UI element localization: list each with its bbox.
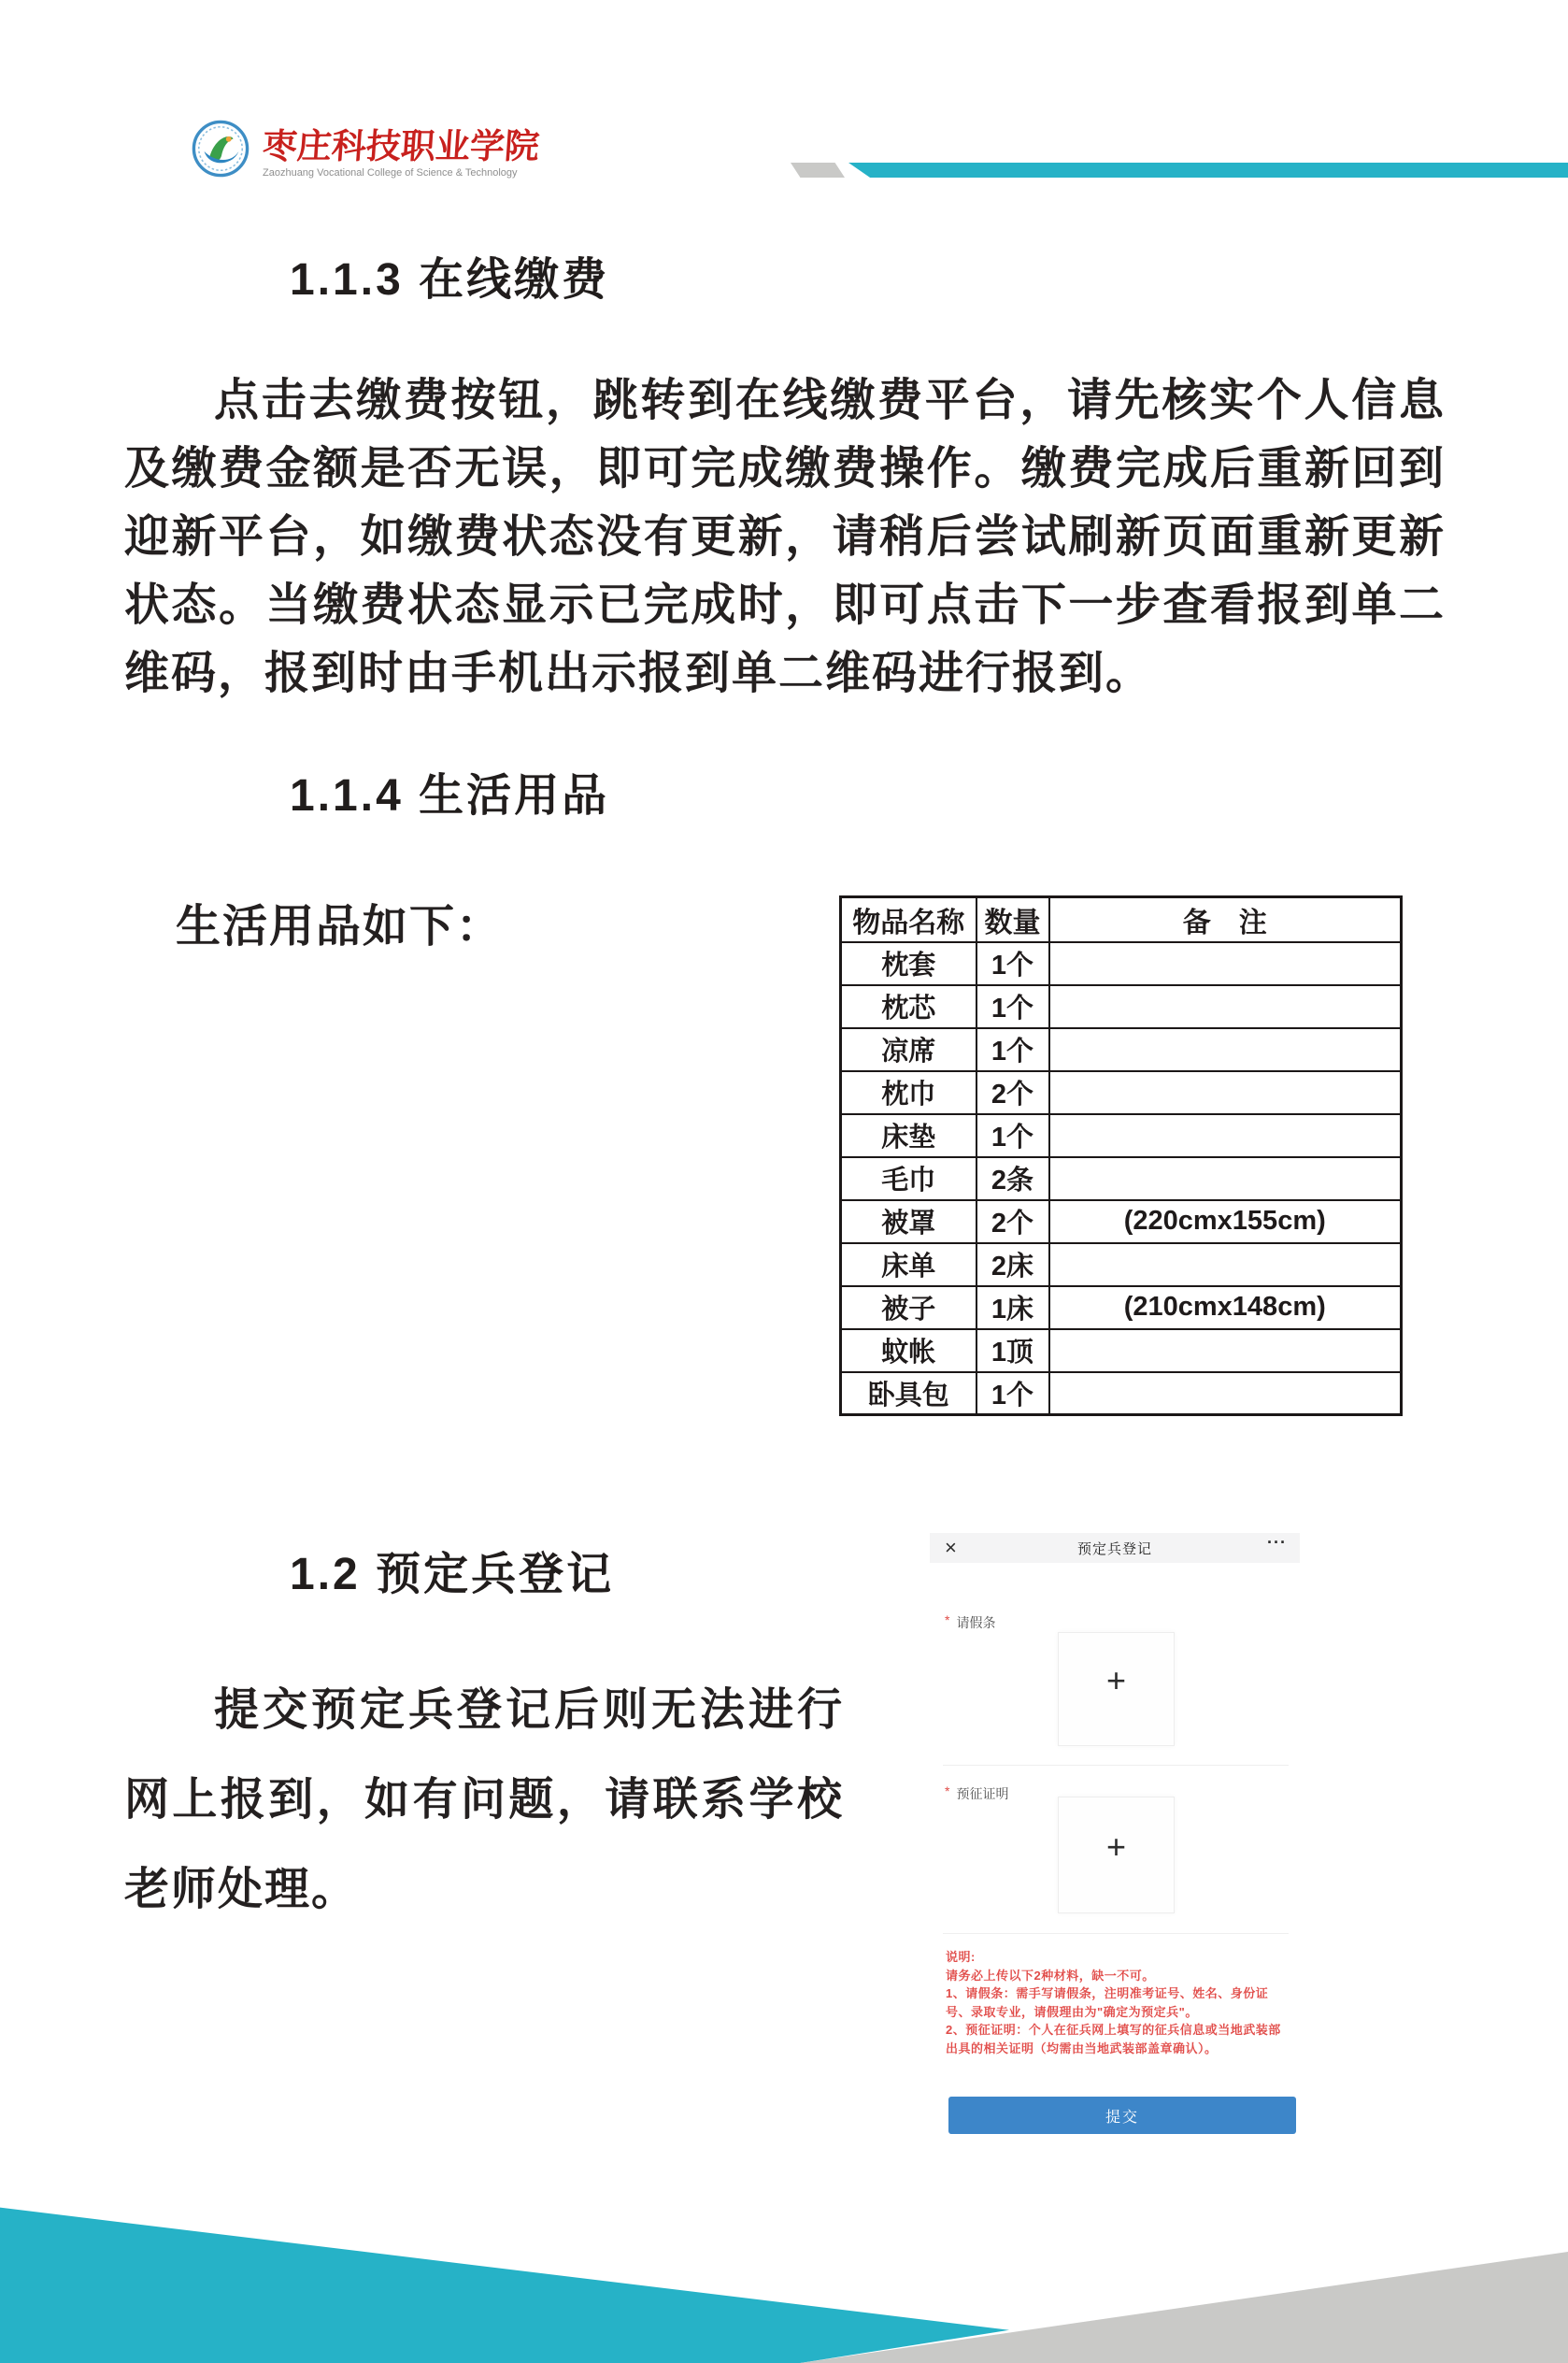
- submit-button[interactable]: 提交: [948, 2097, 1296, 2134]
- item-remark: [1049, 1243, 1402, 1286]
- more-options-icon[interactable]: ···: [1267, 1533, 1287, 1553]
- item-name: 卧具包: [841, 1372, 976, 1415]
- item-quantity: 1个: [976, 1114, 1049, 1157]
- item-quantity: 2个: [976, 1071, 1049, 1114]
- header-teal-accent-bar: [848, 163, 1568, 178]
- note-line: 2、预征证明：个人在征兵网上填写的征兵信息或当地武装部: [946, 2021, 1290, 2040]
- item-name: 被罩: [841, 1200, 976, 1243]
- field-label-text: 请假条: [956, 1615, 995, 1630]
- item-name: 枕套: [841, 942, 976, 985]
- field-label-text: 预征证明: [956, 1786, 1008, 1801]
- logo-text-block: 枣庄科技职业学院 Zaozhuang Vocational College of…: [263, 120, 539, 179]
- section-12-paragraph: 提交预定兵登记后则无法进行网上报到，如有问题，请联系学校老师处理。: [124, 1666, 844, 1935]
- document-page: 枣庄科技职业学院 Zaozhuang Vocational College of…: [0, 0, 1568, 2363]
- item-name: 床垫: [841, 1114, 976, 1157]
- item-quantity: 2条: [976, 1157, 1049, 1200]
- item-remark: [1049, 1028, 1402, 1071]
- note-line: 1、请假条：需手写请假条，注明准考证号、姓名、身份证: [946, 1984, 1290, 2003]
- item-quantity: 1床: [976, 1286, 1049, 1329]
- table-row: 卧具包 1个: [841, 1372, 1402, 1415]
- leave-note-field-label: *请假条: [945, 1613, 995, 1632]
- divider: [943, 1933, 1289, 1934]
- table-row: 毛巾 2条: [841, 1157, 1402, 1200]
- table-header-row: 物品名称 数量 备 注: [841, 897, 1402, 942]
- phone-screenshot: × 预定兵登记 ··· *请假条 + *预征证明 + 说明: 请务必上传以下2种…: [930, 1529, 1300, 2146]
- plus-icon: +: [1106, 1827, 1126, 1867]
- item-quantity: 1个: [976, 985, 1049, 1028]
- item-quantity: 1顶: [976, 1329, 1049, 1372]
- item-name: 蚊帐: [841, 1329, 976, 1372]
- college-logo: 枣庄科技职业学院 Zaozhuang Vocational College of…: [192, 120, 539, 179]
- table-row: 床垫 1个: [841, 1114, 1402, 1157]
- item-remark: [1049, 1157, 1402, 1200]
- plus-icon: +: [1106, 1661, 1126, 1700]
- item-name: 床单: [841, 1243, 976, 1286]
- item-remark: (220cmx155cm): [1049, 1200, 1402, 1243]
- item-remark: [1049, 985, 1402, 1028]
- section-heading-114: 1.1.4 生活用品: [290, 759, 609, 823]
- supplies-intro-text: 生活用品如下：: [176, 890, 503, 954]
- table-row: 凉席 1个: [841, 1028, 1402, 1071]
- table-row: 被罩 2个 (220cmx155cm): [841, 1200, 1402, 1243]
- item-remark: [1049, 1329, 1402, 1372]
- header-gray-accent-bar: [791, 163, 845, 178]
- table-row: 蚊帐 1顶: [841, 1329, 1402, 1372]
- phone-page-title: 预定兵登记: [930, 1539, 1300, 1558]
- item-remark: [1049, 1372, 1402, 1415]
- pre-enlist-proof-upload-box[interactable]: +: [1058, 1797, 1175, 1913]
- item-name: 枕巾: [841, 1071, 976, 1114]
- footer-teal-triangle: [0, 2206, 1009, 2363]
- note-line: 说明:: [946, 1948, 1290, 1967]
- item-name: 凉席: [841, 1028, 976, 1071]
- phone-titlebar: × 预定兵登记 ···: [930, 1533, 1300, 1563]
- item-remark: [1049, 1114, 1402, 1157]
- table-row: 枕芯 1个: [841, 985, 1402, 1028]
- leave-note-upload-box[interactable]: +: [1058, 1632, 1175, 1746]
- table-row: 枕套 1个: [841, 942, 1402, 985]
- item-remark: (210cmx148cm): [1049, 1286, 1402, 1329]
- item-quantity: 1个: [976, 1372, 1049, 1415]
- header-remark: 备 注: [1049, 897, 1402, 942]
- item-quantity: 2个: [976, 1200, 1049, 1243]
- section-heading-12: 1.2 预定兵登记: [290, 1538, 614, 1602]
- header-item-name: 物品名称: [841, 897, 976, 942]
- required-asterisk: *: [945, 1612, 949, 1627]
- item-name: 枕芯: [841, 985, 976, 1028]
- table-row: 被子 1床 (210cmx148cm): [841, 1286, 1402, 1329]
- close-icon[interactable]: ×: [945, 1535, 957, 1561]
- pre-enlist-proof-field-label: *预征证明: [945, 1784, 1008, 1803]
- college-name-english: Zaozhuang Vocational College of Science …: [263, 167, 539, 179]
- required-asterisk: *: [945, 1783, 949, 1798]
- header-quantity: 数量: [976, 897, 1049, 942]
- table-row: 床单 2床: [841, 1243, 1402, 1286]
- item-remark: [1049, 942, 1402, 985]
- note-line: 号、录取专业，请假理由为"确定为预定兵"。: [946, 2003, 1290, 2022]
- item-quantity: 1个: [976, 942, 1049, 985]
- section-113-paragraph: 点击去缴费按钮，跳转到在线缴费平台，请先核实个人信息及缴费金额是否无误，即可完成…: [124, 366, 1446, 708]
- table-row: 枕巾 2个: [841, 1071, 1402, 1114]
- note-line: 出具的相关证明（均需由当地武装部盖章确认）。: [946, 2040, 1290, 2058]
- item-name: 被子: [841, 1286, 976, 1329]
- divider: [943, 1765, 1289, 1766]
- item-remark: [1049, 1071, 1402, 1114]
- section-heading-113: 1.1.3 在线缴费: [290, 243, 609, 308]
- note-line: 请务必上传以下2种材料，缺一不可。: [946, 1967, 1290, 1985]
- supplies-table: 物品名称 数量 备 注 枕套 1个 枕芯 1个 凉席 1个 枕巾 2个 床垫 1…: [839, 895, 1403, 1416]
- item-quantity: 2床: [976, 1243, 1049, 1286]
- item-quantity: 1个: [976, 1028, 1049, 1071]
- college-emblem-icon: [192, 120, 249, 178]
- item-name: 毛巾: [841, 1157, 976, 1200]
- college-name: 枣庄科技职业学院: [262, 127, 541, 165]
- upload-instructions: 说明: 请务必上传以下2种材料，缺一不可。 1、请假条：需手写请假条，注明准考证…: [946, 1948, 1290, 2057]
